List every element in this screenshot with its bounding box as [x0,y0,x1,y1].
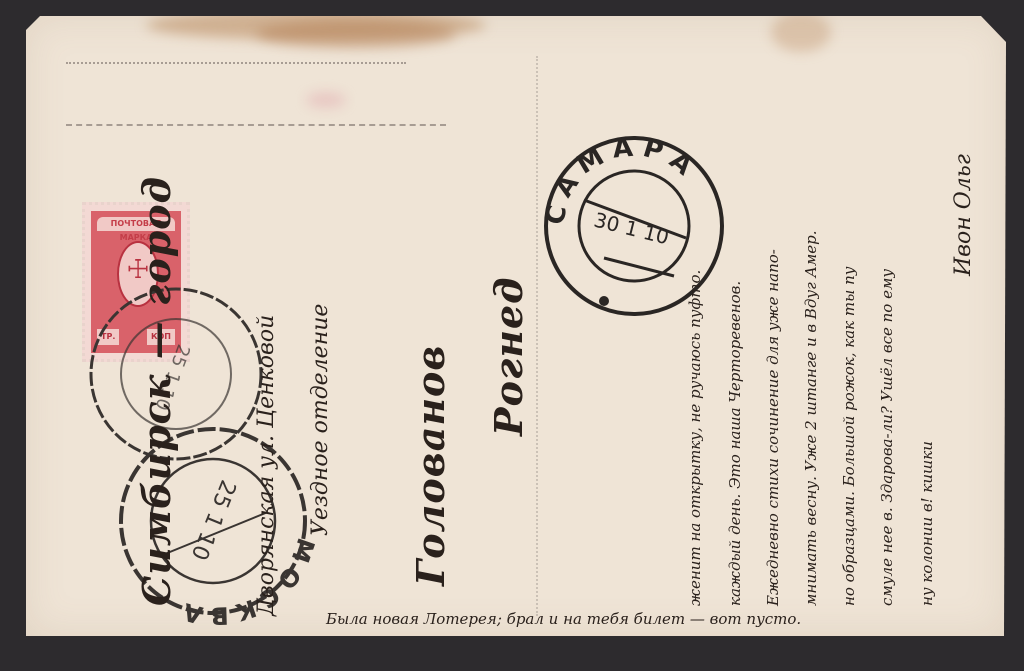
moscow-lower-date: 25 1 10 [186,476,241,563]
water-stain [771,12,831,52]
message-line-6: смуле нее в. Здарова-ли? Ушёл все по ему [878,269,896,606]
divider-line [66,62,406,64]
message-signature: Ивон Ольг [951,154,976,276]
message-line-3: Ежедневно стихи сочинение для уже напо- [764,249,782,606]
samara-postmark: САМАРА 30 1 10 [534,126,734,326]
address-line-5: Рогнед [486,276,531,436]
message-line-2: каждый день. Это наша Черторевенов. [726,281,744,606]
water-stain [256,20,456,48]
samara-date: 30 1 10 [592,208,672,250]
address-line-3: Уездное отделение [308,304,333,536]
message-line-7: ну колонии в! кишки [918,441,936,606]
message-line-4: мнимать весну. Уже 2 штанге и в Вдуг Аме… [802,230,820,606]
address-line-2: Дворянская ул. Ценковой [254,315,279,616]
water-stain [306,92,346,108]
postcard: ПОЧТОВАЯ МАРКА ☩ ТР. КОП САМАРА 30 1 10 … [26,16,1006,636]
message-line-1: женит на открытку, не ручаюсь пуфто. [686,270,704,606]
address-line-1: Симбирск — город [134,176,179,606]
message-footer: Была новая Лотерея; брал и на тебя билет… [326,610,801,628]
divider-line [66,124,446,126]
message-line-5: но образцами. Большой рожок, как ты пу [840,267,858,606]
address-line-4: Голованов [408,345,453,586]
